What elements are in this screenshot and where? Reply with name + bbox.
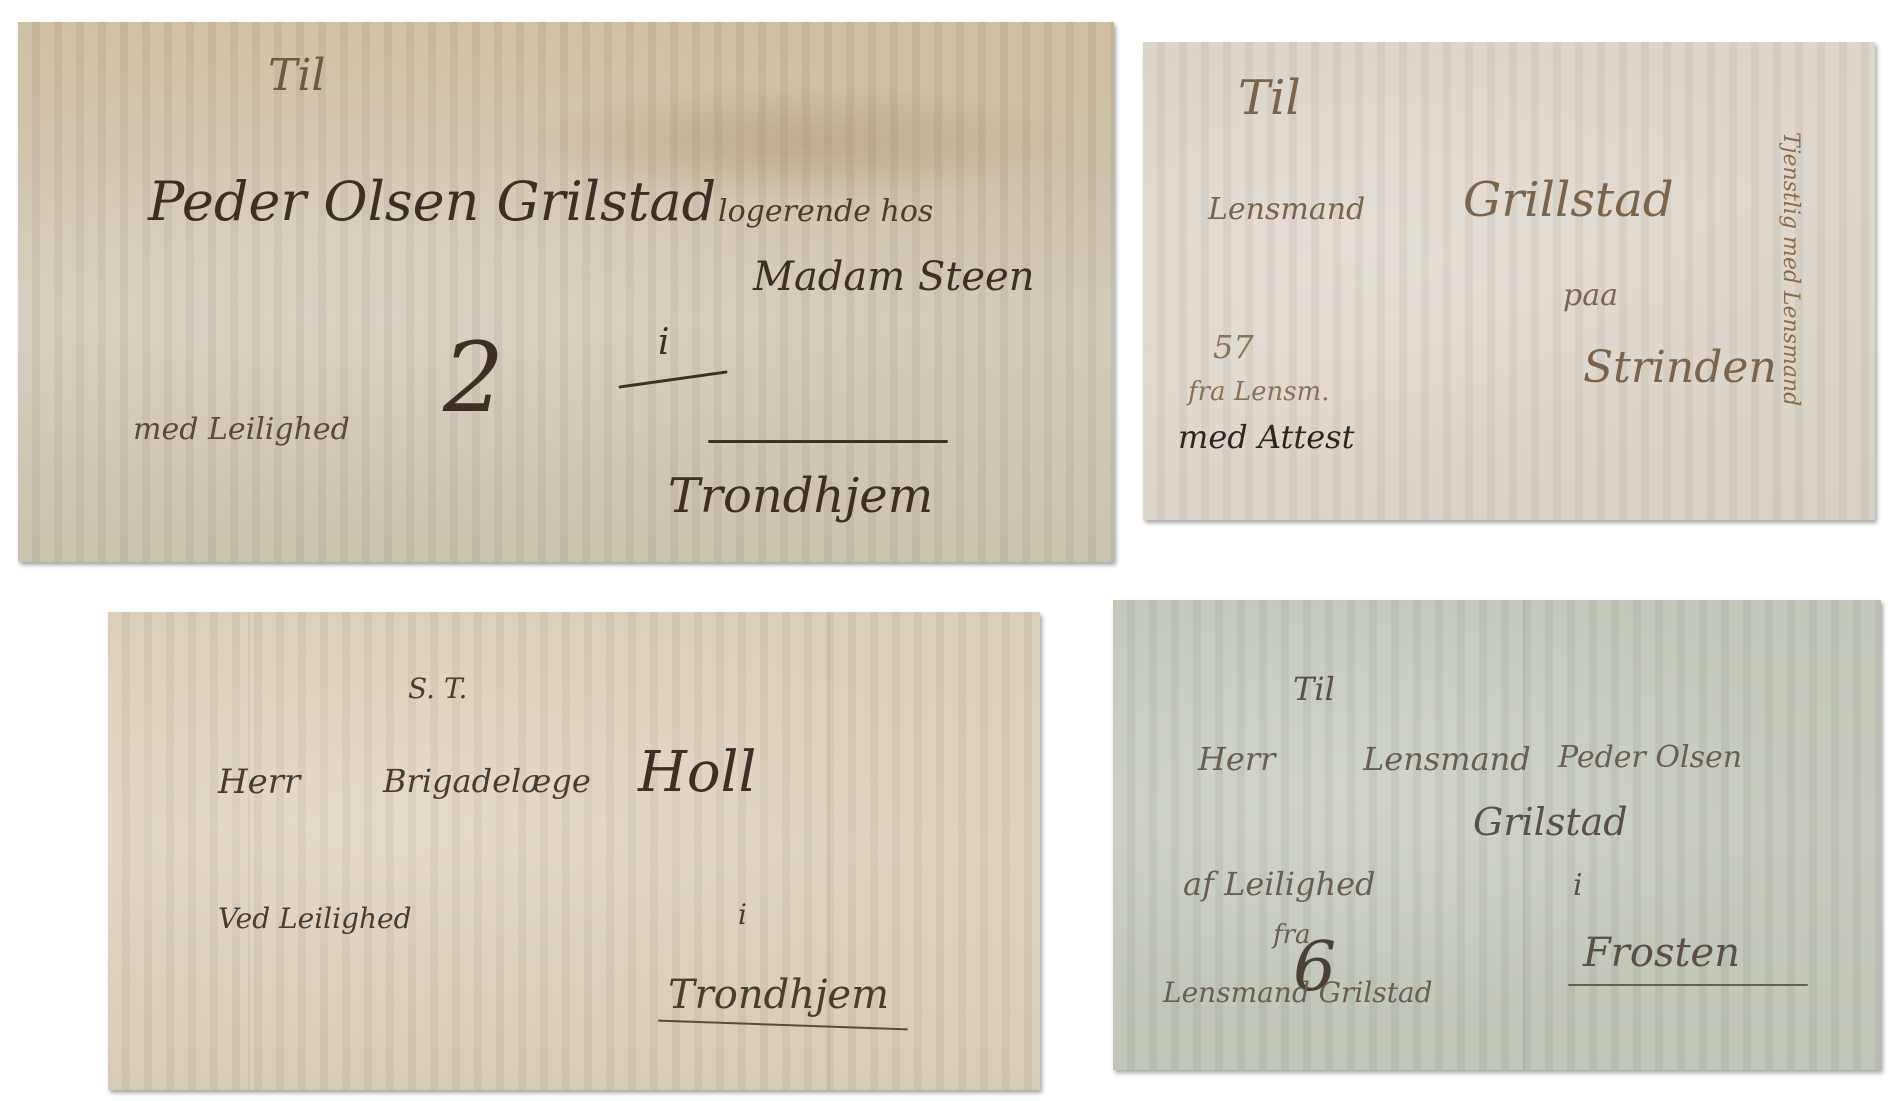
letter-top-right: Til Lensmand Grillstad paa Strinden 57 f… bbox=[1143, 42, 1875, 520]
delivery-note: med Attest bbox=[1178, 418, 1354, 456]
host-name: Madam Steen bbox=[753, 254, 1034, 300]
honorific: Herr bbox=[218, 762, 300, 802]
city-name: Trondhjem bbox=[668, 468, 933, 524]
underline bbox=[658, 1020, 908, 1031]
recipient-title: Lensmand bbox=[1363, 740, 1531, 778]
preposition: i bbox=[658, 322, 670, 363]
recipient-first-name: Peder Olsen bbox=[1558, 740, 1742, 775]
recipient-name: Peder Olsen Grilstad bbox=[148, 170, 716, 233]
letter-heading: Til bbox=[268, 50, 326, 101]
side-note: Tjenstlig med Lensmand bbox=[1778, 132, 1803, 406]
fold-line bbox=[828, 612, 830, 1090]
letter-bottom-left: S. T. Herr Brigadelæge Holl Ved Leilighe… bbox=[108, 612, 1040, 1090]
city-name: Strinden bbox=[1583, 342, 1777, 393]
preposition: i bbox=[1573, 868, 1583, 903]
preposition: paa bbox=[1563, 278, 1618, 313]
lodging-text: logerende hos bbox=[718, 194, 933, 229]
recipient-name: Grilstad bbox=[1473, 800, 1628, 844]
reference-note: fra Lensm. bbox=[1188, 377, 1329, 407]
delivery-note: af Leilighed bbox=[1183, 865, 1376, 903]
recipient-name: Grillstad bbox=[1463, 172, 1674, 228]
recipient-title: Lensmand bbox=[1208, 192, 1365, 227]
reference-number: 57 bbox=[1213, 328, 1254, 366]
city-name: Trondhjem bbox=[668, 972, 889, 1018]
preposition: i bbox=[738, 898, 747, 931]
delivery-note: Ved Leilighed bbox=[218, 902, 412, 935]
underline bbox=[618, 370, 727, 388]
city-name: Frosten bbox=[1583, 930, 1740, 976]
letter-heading: Til bbox=[1238, 70, 1301, 126]
letter-bottom-right: Til Herr Lensmand Peder Olsen Grilstad i… bbox=[1113, 600, 1881, 1070]
recipient-title: Brigadelæge bbox=[383, 762, 591, 800]
letter-top-left: Til Peder Olsen Grilstad logerende hos M… bbox=[18, 22, 1114, 562]
postage-mark: 2 bbox=[443, 322, 504, 434]
underline bbox=[1568, 984, 1808, 986]
fold-line bbox=[248, 612, 250, 1090]
letter-heading: Til bbox=[1293, 670, 1335, 708]
underline bbox=[708, 440, 948, 443]
sender-note: Lensmand Grilstad bbox=[1163, 976, 1433, 1009]
letter-heading: S. T. bbox=[408, 672, 467, 705]
delivery-note: med Leilighed bbox=[133, 412, 350, 447]
recipient-name: Holl bbox=[638, 740, 756, 805]
honorific: Herr bbox=[1198, 740, 1275, 778]
